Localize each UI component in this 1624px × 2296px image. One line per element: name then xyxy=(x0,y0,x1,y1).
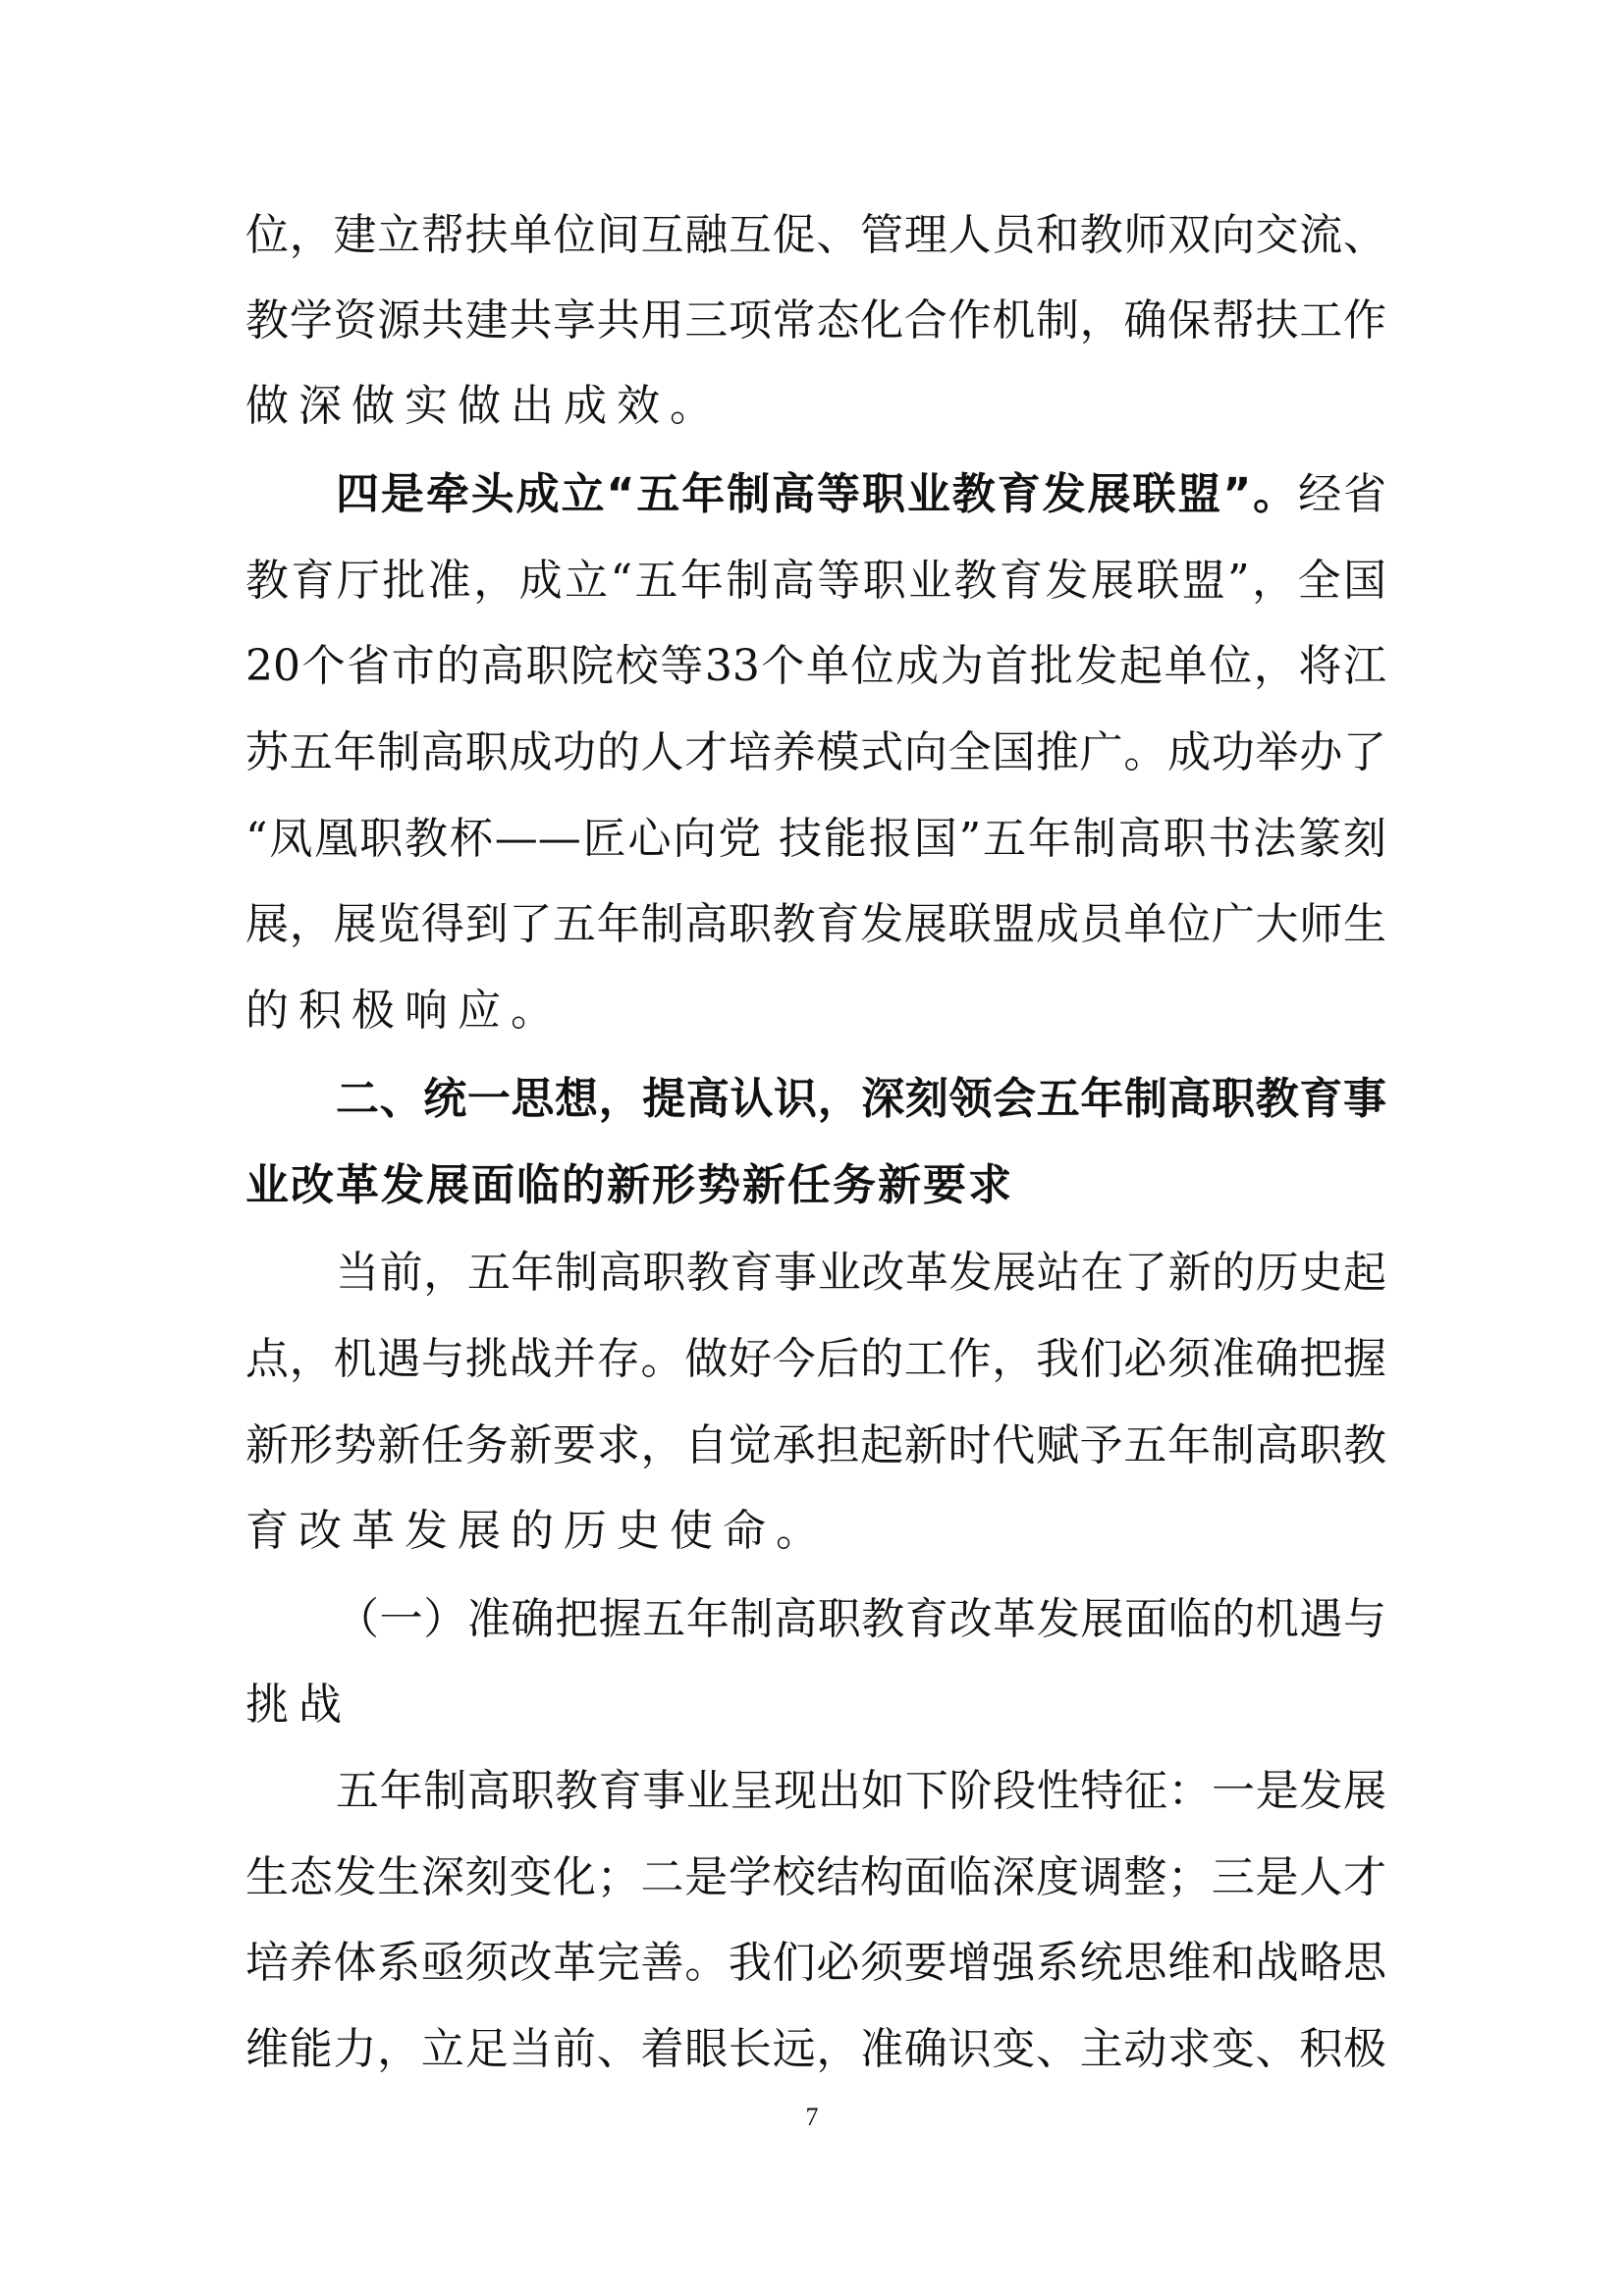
lead-line-rest: 经省 xyxy=(1298,469,1386,519)
text-line: 生态发生深刻变化；二是学校结构面临深度调整；三是人才 xyxy=(245,1848,1386,1907)
text-line: 点，机遇与挑战并存。做好今后的工作，我们必须准确把握 xyxy=(245,1330,1386,1389)
text-line: 20个省市的高职院校等33个单位成为首批发起单位，将江 xyxy=(245,637,1386,696)
text-line: 育改革发展的历史使命。 xyxy=(245,1502,1386,1561)
text-line: 位，建立帮扶单位间互融互促、管理人员和教师双向交流、 xyxy=(245,206,1386,265)
text-line: 做深做实做出成效。 xyxy=(245,377,1386,436)
text-line: 五年制高职教育事业呈现出如下阶段性特征：一是发展 xyxy=(336,1762,1386,1821)
paragraph-lead-line: 四是牵头成立“五年制高等职业教育发展联盟”。经省 xyxy=(336,465,1386,524)
text-line: 展，展览得到了五年制高职教育发展联盟成员单位广大师生 xyxy=(245,895,1386,954)
text-line: 培养体系亟须改革完善。我们必须要增强系统思维和战略思 xyxy=(245,1934,1386,1993)
section-heading: 二、统一思想，提高认识，深刻领会五年制高职教育事 xyxy=(336,1070,1386,1129)
section-heading-continued: 业改革发展面临的新形势新任务新要求 xyxy=(245,1156,1386,1215)
page-number: 7 xyxy=(0,2103,1624,2132)
text-line: 教育厅批准，成立“五年制高等职业教育发展联盟”，全国 xyxy=(245,552,1386,611)
text-line: 苏五年制高职成功的人才培养模式向全国推广。成功举办了 xyxy=(245,723,1386,782)
bold-lead-sentence: 四是牵头成立“五年制高等职业教育发展联盟”。 xyxy=(336,469,1298,519)
text-line: 教学资源共建共享共用三项常态化合作机制，确保帮扶工作 xyxy=(245,292,1386,350)
text-line: “凤凰职教杯——匠心向党 技能报国”五年制高职书法篆刻 xyxy=(245,810,1386,869)
text-line: 维能力，立足当前、着眼长远，准确识变、主动求变、积极 xyxy=(245,2020,1386,2079)
text-line: 的积极响应。 xyxy=(245,982,1386,1041)
text-line: 当前，五年制高职教育事业改革发展站在了新的历史起 xyxy=(336,1244,1386,1303)
text-line: 新形势新任务新要求，自觉承担起新时代赋予五年制高职教 xyxy=(245,1416,1386,1475)
subsection-heading-continued: 挑战 xyxy=(245,1676,1386,1735)
document-page: 位，建立帮扶单位间互融互促、管理人员和教师双向交流、 教学资源共建共享共用三项常… xyxy=(0,0,1624,2296)
subsection-heading: （一）准确把握五年制高职教育改革发展面临的机遇与 xyxy=(336,1590,1386,1649)
